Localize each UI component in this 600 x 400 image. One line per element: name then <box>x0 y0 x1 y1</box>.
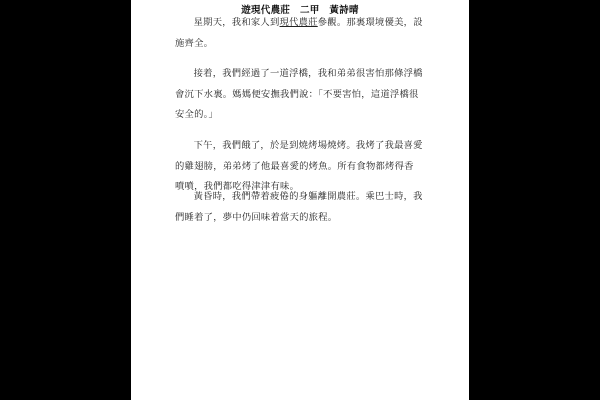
document-page: 遊現代農莊 二甲 黃詩晴 星期天，我和家人到現代農莊參觀。那裏環境優美，設施齊全… <box>131 0 469 400</box>
paragraph-1: 星期天，我和家人到現代農莊參觀。那裏環境優美，設施齊全。 <box>175 13 423 54</box>
underlined-place-name: 現代農莊 <box>280 17 318 28</box>
paragraph-2: 接着，我們經過了一道浮橋，我和弟弟很害怕那條浮橋會沉下水裏。媽媽便安撫我們說：「… <box>175 64 423 126</box>
paragraph-4: 黃昏時，我們帶着疲倦的身軀離開農莊。乘巴士時，我們睡着了，夢中仍回味着當天的旅程… <box>175 187 423 228</box>
paragraph-1-start: 星期天，我和家人到 <box>194 17 280 28</box>
